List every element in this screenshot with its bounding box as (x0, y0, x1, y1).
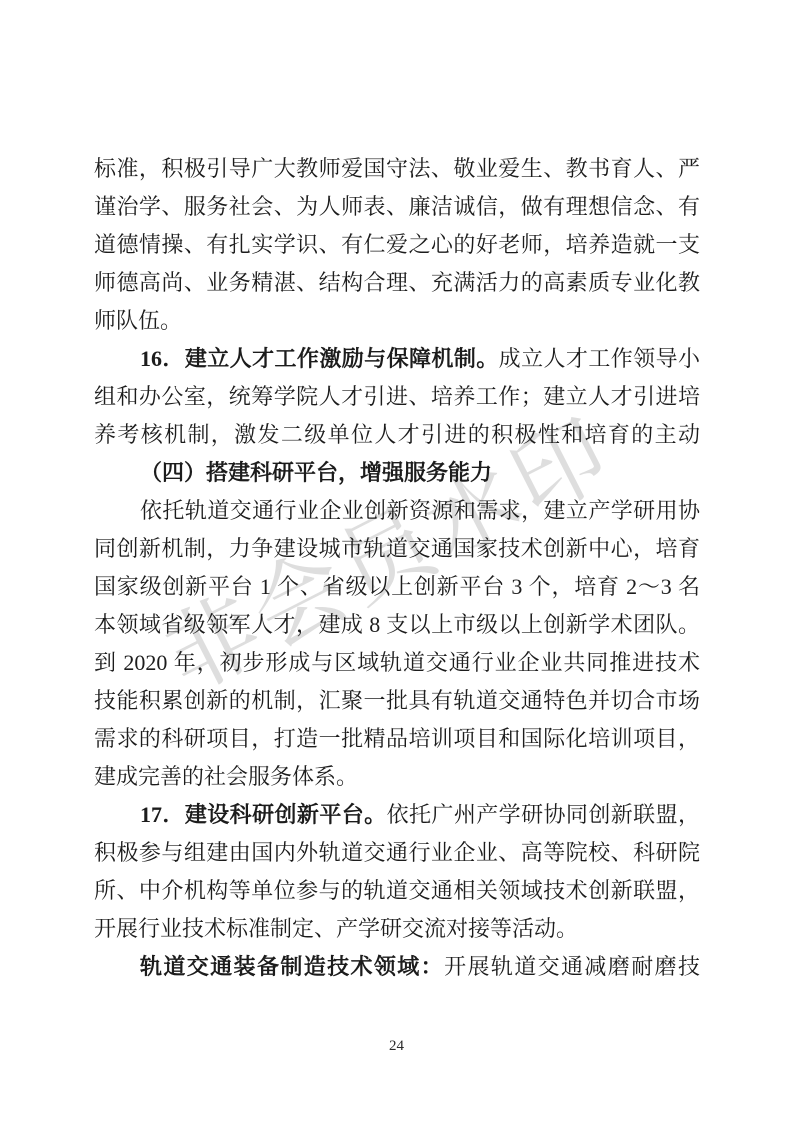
text-run: 技能积累创新的机制，汇聚一批具有轨道交通特色并切合市场 (94, 688, 700, 713)
text-run: 建成完善的社会服务体系。 (94, 764, 358, 789)
text-line: 依托轨道交通行业企业创新资源和需求，建立产学研用协 (94, 492, 700, 530)
text-run: 依托轨道交通行业企业创新资源和需求，建立产学研用协 (140, 498, 700, 523)
text-line: 16．建立人才工作激励与保障机制。成立人才工作领导小 (94, 340, 700, 378)
text-line: 到 2020 年，初步形成与区域轨道交通行业企业共同推进技术 (94, 644, 700, 682)
text-line: 国家级创新平台 1 个、省级以上创新平台 3 个，培育 2～3 名 (94, 568, 700, 606)
bold-text-run: 轨道交通装备制造技术领域： (140, 954, 444, 979)
text-line: 师德高尚、业务精湛、结构合理、充满活力的高素质专业化教 (94, 264, 700, 302)
text-line: 标准，积极引导广大教师爱国守法、敬业爱生、教书育人、严 (94, 150, 700, 188)
paragraph-numbered-item-16: 16．建立人才工作激励与保障机制。成立人才工作领导小组和办公室，统筹学院人才引进… (94, 340, 700, 454)
text-line: 谨治学、服务社会、为人师表、廉洁诚信，做有理想信念、有 (94, 188, 700, 226)
text-run: 需求的科研项目，打造一批精品培训项目和国际化培训项目， (94, 726, 700, 751)
text-line: 技能积累创新的机制，汇聚一批具有轨道交通特色并切合市场 (94, 682, 700, 720)
text-run: 到 2020 年，初步形成与区域轨道交通行业企业共同推进技术 (94, 650, 700, 675)
text-line: 所、中介机构等单位参与的轨道交通相关领域技术创新联盟， (94, 872, 700, 910)
paragraph-body: 轨道交通装备制造技术领域：开展轨道交通减磨耐磨技术、 (94, 948, 700, 986)
text-line: 轨道交通装备制造技术领域：开展轨道交通减磨耐磨技术、 (94, 948, 700, 986)
document-page: 非会员水印 标准，积极引导广大教师爱国守法、敬业爱生、教书育人、严谨治学、服务社… (0, 0, 793, 1122)
document-body: 标准，积极引导广大教师爱国守法、敬业爱生、教书育人、严谨治学、服务社会、为人师表… (94, 150, 700, 986)
text-run: 所、中介机构等单位参与的轨道交通相关领域技术创新联盟， (94, 878, 700, 903)
paragraph-body-continuation: 标准，积极引导广大教师爱国守法、敬业爱生、教书育人、严谨治学、服务社会、为人师表… (94, 150, 700, 340)
text-run: 成立人才工作领导小 (499, 346, 700, 371)
page-number: 24 (0, 1038, 793, 1055)
text-run: 道德情操、有扎实学识、有仁爱之心的好老师，培养造就一支 (94, 232, 700, 257)
text-line: 需求的科研项目，打造一批精品培训项目和国际化培训项目， (94, 720, 700, 758)
text-line: 同创新机制，力争建设城市轨道交通国家技术创新中心，培育 (94, 530, 700, 568)
text-line: 组和办公室，统筹学院人才引进、培养工作；建立人才引进培 (94, 378, 700, 416)
text-line: 本领域省级领军人才，建成 8 支以上市级以上创新学术团队。 (94, 606, 700, 644)
bold-text-run: （四）搭建科研平台，增强服务能力 (140, 460, 492, 485)
text-run: 本领域省级领军人才，建成 8 支以上市级以上创新学术团队。 (94, 612, 700, 637)
text-run: 依托广州产学研协同创新联盟， (387, 802, 700, 827)
text-run: 师队伍。 (94, 308, 182, 333)
text-run: 标准，积极引导广大教师爱国守法、敬业爱生、教书育人、严 (94, 156, 700, 181)
text-run: 组和办公室，统筹学院人才引进、培养工作；建立人才引进培 (94, 384, 700, 409)
text-line: 积极参与组建由国内外轨道交通行业企业、高等院校、科研院 (94, 834, 700, 872)
text-run: 开展行业技术标准制定、产学研交流对接等活动。 (94, 916, 578, 941)
text-run: 同创新机制，力争建设城市轨道交通国家技术创新中心，培育 (94, 536, 700, 561)
text-line: 道德情操、有扎实学识、有仁爱之心的好老师，培养造就一支 (94, 226, 700, 264)
bold-text-run: 16．建立人才工作激励与保障机制。 (140, 346, 499, 371)
bold-text-run: 17．建设科研创新平台。 (140, 802, 387, 827)
text-line: 养考核机制，激发二级单位人才引进的积极性和培育的主动性。 (94, 416, 700, 454)
paragraph-numbered-item-17: 17．建设科研创新平台。依托广州产学研协同创新联盟，积极参与组建由国内外轨道交通… (94, 796, 700, 948)
paragraph-section-heading-4: （四）搭建科研平台，增强服务能力 (94, 454, 700, 492)
text-line: 17．建设科研创新平台。依托广州产学研协同创新联盟， (94, 796, 700, 834)
text-line: 建成完善的社会服务体系。 (94, 758, 700, 796)
text-line: 开展行业技术标准制定、产学研交流对接等活动。 (94, 910, 700, 948)
text-run: 国家级创新平台 1 个、省级以上创新平台 3 个，培育 2～3 名 (94, 574, 700, 599)
text-run: 谨治学、服务社会、为人师表、廉洁诚信，做有理想信念、有 (94, 194, 700, 219)
text-line: 师队伍。 (94, 302, 700, 340)
text-run: 养考核机制，激发二级单位人才引进的积极性和培育的主动性。 (94, 422, 700, 454)
text-line: （四）搭建科研平台，增强服务能力 (94, 454, 700, 492)
text-run: 师德高尚、业务精湛、结构合理、充满活力的高素质专业化教 (94, 270, 700, 295)
paragraph-body: 依托轨道交通行业企业创新资源和需求，建立产学研用协同创新机制，力争建设城市轨道交… (94, 492, 700, 796)
text-run: 积极参与组建由国内外轨道交通行业企业、高等院校、科研院 (94, 840, 700, 865)
